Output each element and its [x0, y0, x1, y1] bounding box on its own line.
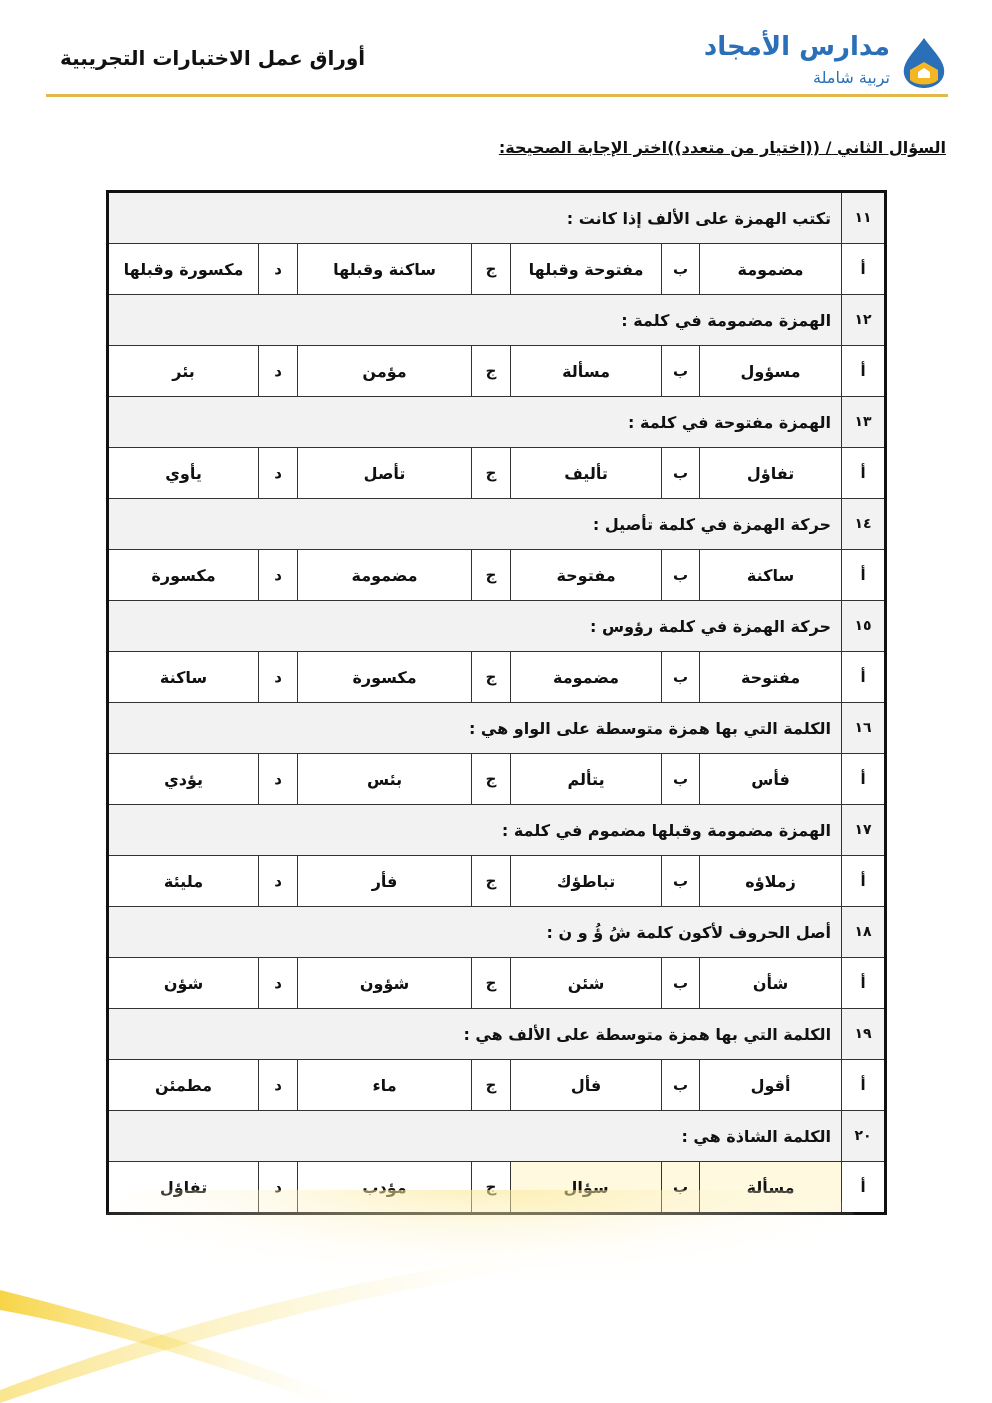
section-heading: السؤال الثاني / ((اختيار من متعدد))اختر …: [499, 138, 946, 157]
option-c[interactable]: تأصل: [298, 448, 472, 499]
option-b[interactable]: مفتوحة وقبلها: [511, 244, 662, 295]
question-number: ١٧: [842, 805, 886, 856]
option-c[interactable]: بئس: [298, 754, 472, 805]
option-letter-d: د: [259, 550, 298, 601]
option-letter-a: أ: [842, 448, 886, 499]
option-letter-b: ب: [662, 346, 700, 397]
option-letter-c: ج: [472, 754, 511, 805]
option-letter-a: أ: [842, 244, 886, 295]
option-letter-c: ج: [472, 1060, 511, 1111]
option-a[interactable]: فأس: [700, 754, 842, 805]
option-letter-c: ج: [472, 958, 511, 1009]
option-c[interactable]: ماء: [298, 1060, 472, 1111]
option-letter-a: أ: [842, 550, 886, 601]
question-row: ١٦ الكلمة التي بها همزة متوسطة على الواو…: [108, 703, 886, 754]
question-text: الكلمة الشاذة هي :: [108, 1111, 842, 1162]
question-text: أصل الحروف لأكون كلمة شُ ؤُ و ن :: [108, 907, 842, 958]
header-divider: [46, 94, 948, 97]
question-row: ٢٠ الكلمة الشاذة هي :: [108, 1111, 886, 1162]
option-letter-b: ب: [662, 448, 700, 499]
logo-tagline: تربية شاملة: [813, 68, 890, 87]
question-text: حركة الهمزة في كلمة تأصيل :: [108, 499, 842, 550]
question-text: الكلمة التي بها همزة متوسطة على الواو هي…: [108, 703, 842, 754]
question-row: ١٩ الكلمة التي بها همزة متوسطة على الألف…: [108, 1009, 886, 1060]
options-row: أ أقول ب فأل ج ماء د مطمئن: [108, 1060, 886, 1111]
option-letter-d: د: [259, 856, 298, 907]
question-number: ١٨: [842, 907, 886, 958]
option-letter-d: د: [259, 1060, 298, 1111]
option-a[interactable]: شأن: [700, 958, 842, 1009]
option-letter-b: ب: [662, 244, 700, 295]
option-a[interactable]: مسؤول: [700, 346, 842, 397]
question-number: ١٩: [842, 1009, 886, 1060]
option-a[interactable]: تفاؤل: [700, 448, 842, 499]
option-letter-d: د: [259, 958, 298, 1009]
option-letter-c: ج: [472, 346, 511, 397]
option-b[interactable]: مفتوحة: [511, 550, 662, 601]
option-letter-c: ج: [472, 448, 511, 499]
options-row: أ مسألة ب سؤال ج مؤدب د تفاؤل: [108, 1162, 886, 1214]
option-d[interactable]: تفاؤل: [108, 1162, 259, 1214]
question-number: ٢٠: [842, 1111, 886, 1162]
option-b[interactable]: تباطؤك: [511, 856, 662, 907]
option-letter-a: أ: [842, 856, 886, 907]
option-c[interactable]: مؤمن: [298, 346, 472, 397]
question-row: ١٨ أصل الحروف لأكون كلمة شُ ؤُ و ن :: [108, 907, 886, 958]
option-c[interactable]: مضمومة: [298, 550, 472, 601]
option-letter-a: أ: [842, 1060, 886, 1111]
option-letter-d: د: [259, 754, 298, 805]
option-letter-b: ب: [662, 1060, 700, 1111]
option-d[interactable]: مطمئن: [108, 1060, 259, 1111]
option-c[interactable]: ساكنة وقبلها: [298, 244, 472, 295]
question-number: ١٣: [842, 397, 886, 448]
option-letter-a: أ: [842, 754, 886, 805]
options-row: أ مسؤول ب مسألة ج مؤمن د بئر: [108, 346, 886, 397]
option-letter-b: ب: [662, 856, 700, 907]
options-row: أ مضمومة ب مفتوحة وقبلها ج ساكنة وقبلها …: [108, 244, 886, 295]
option-letter-b: ب: [662, 958, 700, 1009]
question-text: حركة الهمزة في كلمة رؤوس :: [108, 601, 842, 652]
document-title: أوراق عمل الاختبارات التجريبية: [60, 46, 365, 70]
option-letter-d: د: [259, 448, 298, 499]
option-d[interactable]: يأوي: [108, 448, 259, 499]
question-number: ١٤: [842, 499, 886, 550]
question-row: ١٤ حركة الهمزة في كلمة تأصيل :: [108, 499, 886, 550]
option-c[interactable]: فأر: [298, 856, 472, 907]
option-d[interactable]: مليئة: [108, 856, 259, 907]
option-c[interactable]: مؤدب: [298, 1162, 472, 1214]
option-a[interactable]: زملاؤه: [700, 856, 842, 907]
options-row: أ مفتوحة ب مضمومة ج مكسورة د ساكنة: [108, 652, 886, 703]
question-row: ١١ تكتب الهمزة على الألف إذا كانت :: [108, 192, 886, 244]
options-row: أ تفاؤل ب تأليف ج تأصل د يأوي: [108, 448, 886, 499]
options-row: أ شأن ب شئن ج شؤون د شؤن: [108, 958, 886, 1009]
option-letter-c: ج: [472, 1162, 511, 1214]
question-number: ١٥: [842, 601, 886, 652]
option-letter-c: ج: [472, 652, 511, 703]
option-b[interactable]: شئن: [511, 958, 662, 1009]
question-text: الهمزة مضمومة في كلمة :: [108, 295, 842, 346]
option-b[interactable]: مسألة: [511, 346, 662, 397]
logo-name: مدارس الأمجاد: [704, 32, 890, 62]
question-text: الهمزة مفتوحة في كلمة :: [108, 397, 842, 448]
option-letter-d: د: [259, 652, 298, 703]
option-c[interactable]: مكسورة: [298, 652, 472, 703]
question-row: ١٢ الهمزة مضمومة في كلمة :: [108, 295, 886, 346]
question-row: ١٥ حركة الهمزة في كلمة رؤوس :: [108, 601, 886, 652]
option-d[interactable]: يؤدي: [108, 754, 259, 805]
option-letter-a: أ: [842, 346, 886, 397]
option-a[interactable]: ساكنة: [700, 550, 842, 601]
option-letter-b: ب: [662, 652, 700, 703]
option-b[interactable]: تأليف: [511, 448, 662, 499]
school-logo: مدارس الأمجاد تربية شاملة: [728, 32, 948, 102]
option-b[interactable]: فأل: [511, 1060, 662, 1111]
drop-logo-icon: [900, 36, 948, 88]
option-d[interactable]: شؤن: [108, 958, 259, 1009]
question-number: ١٦: [842, 703, 886, 754]
options-row: أ زملاؤه ب تباطؤك ج فأر د مليئة: [108, 856, 886, 907]
option-a[interactable]: أقول: [700, 1060, 842, 1111]
option-d[interactable]: مكسورة: [108, 550, 259, 601]
question-number: ١١: [842, 192, 886, 244]
option-letter-c: ج: [472, 550, 511, 601]
option-c[interactable]: شؤون: [298, 958, 472, 1009]
multiple-choice-table: ١١ تكتب الهمزة على الألف إذا كانت : أ مض…: [106, 190, 887, 1215]
question-text: الهمزة مضمومة وقبلها مضموم في كلمة :: [108, 805, 842, 856]
options-row: أ ساكنة ب مفتوحة ج مضمومة د مكسورة: [108, 550, 886, 601]
decorative-swoosh: [0, 1190, 992, 1403]
question-number: ١٢: [842, 295, 886, 346]
option-letter-b: ب: [662, 754, 700, 805]
question-text: تكتب الهمزة على الألف إذا كانت :: [108, 192, 842, 244]
option-b[interactable]: مضمومة: [511, 652, 662, 703]
option-letter-a: أ: [842, 958, 886, 1009]
option-a[interactable]: مسألة: [700, 1162, 842, 1214]
option-letter-d: د: [259, 244, 298, 295]
page-header: مدارس الأمجاد تربية شاملة أوراق عمل الاخ…: [46, 20, 948, 98]
option-letter-a: أ: [842, 652, 886, 703]
option-letter-c: ج: [472, 856, 511, 907]
option-d[interactable]: ساكنة: [108, 652, 259, 703]
options-row: أ فأس ب يتألم ج بئس د يؤدي: [108, 754, 886, 805]
question-text: الكلمة التي بها همزة متوسطة على الألف هي…: [108, 1009, 842, 1060]
option-letter-c: ج: [472, 244, 511, 295]
option-a[interactable]: مضمومة: [700, 244, 842, 295]
question-row: ١٣ الهمزة مفتوحة في كلمة :: [108, 397, 886, 448]
option-d[interactable]: بئر: [108, 346, 259, 397]
option-letter-d: د: [259, 1162, 298, 1214]
question-row: ١٧ الهمزة مضمومة وقبلها مضموم في كلمة :: [108, 805, 886, 856]
option-letter-b: ب: [662, 1162, 700, 1214]
option-a[interactable]: مفتوحة: [700, 652, 842, 703]
option-letter-d: د: [259, 346, 298, 397]
option-letter-a: أ: [842, 1162, 886, 1214]
option-b[interactable]: يتألم: [511, 754, 662, 805]
option-letter-b: ب: [662, 550, 700, 601]
option-b[interactable]: سؤال: [511, 1162, 662, 1214]
option-d[interactable]: مكسورة وقبلها: [108, 244, 259, 295]
